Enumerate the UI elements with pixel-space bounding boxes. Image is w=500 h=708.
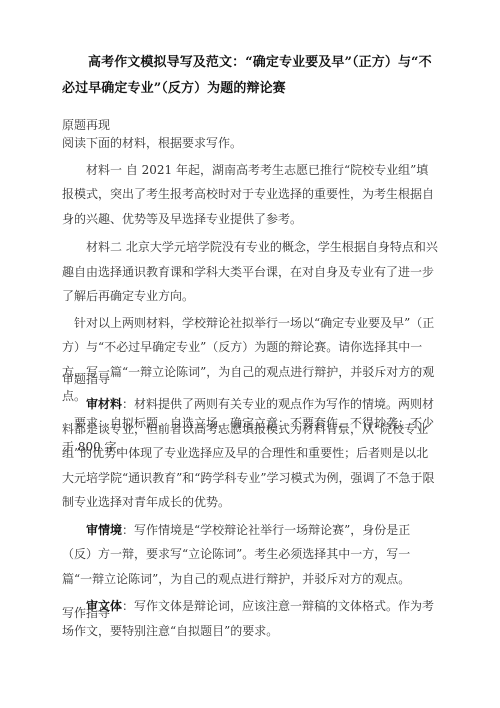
material-two: 材料二 北京大学元培学院没有专业的概念，学生根据自身特点和兴趣自由选择通识教育课… [62, 235, 438, 309]
review-section-body: 审材料：材料提供了两则有关专业的观点作为写作的情境。两则材料都是谈专业，但前者以… [62, 392, 438, 643]
review-context-paragraph: 审情境：写作情境是“学校辩论社举行一场辩论赛”，身份是正（反）方一辩，要求写“立… [62, 518, 438, 592]
section-heading-writing: 写作指导 [62, 603, 110, 623]
original-intro: 阅读下面的材料，根据要求写作。 [62, 131, 438, 156]
review-material-paragraph: 审材料：材料提供了两则有关专业的观点作为写作的情境。两则材料都是谈专业，但前者以… [62, 392, 438, 515]
review-context-label: 审情境 [86, 523, 122, 537]
section-heading-review: 审题指导 [62, 369, 110, 389]
review-genre-paragraph: 审文体：写作文体是辩论词，应该注意一辩稿的文体格式。作为考场作文，要特别注意“自… [62, 594, 438, 643]
document-title: 高考作文模拟导写及范文：“确定专业要及早”（正方）与“不必过早确定专业”（反方）… [62, 50, 438, 102]
review-material-text: ：材料提供了两则有关专业的观点作为写作的情境。两则材料都是谈专业，但前者以高考志… [62, 397, 435, 509]
material-one: 材料一 自 2021 年起，湖南高考考生志愿已推行“院校专业组”填报模式，突出了… [62, 158, 438, 232]
review-material-label: 审材料 [86, 397, 122, 411]
